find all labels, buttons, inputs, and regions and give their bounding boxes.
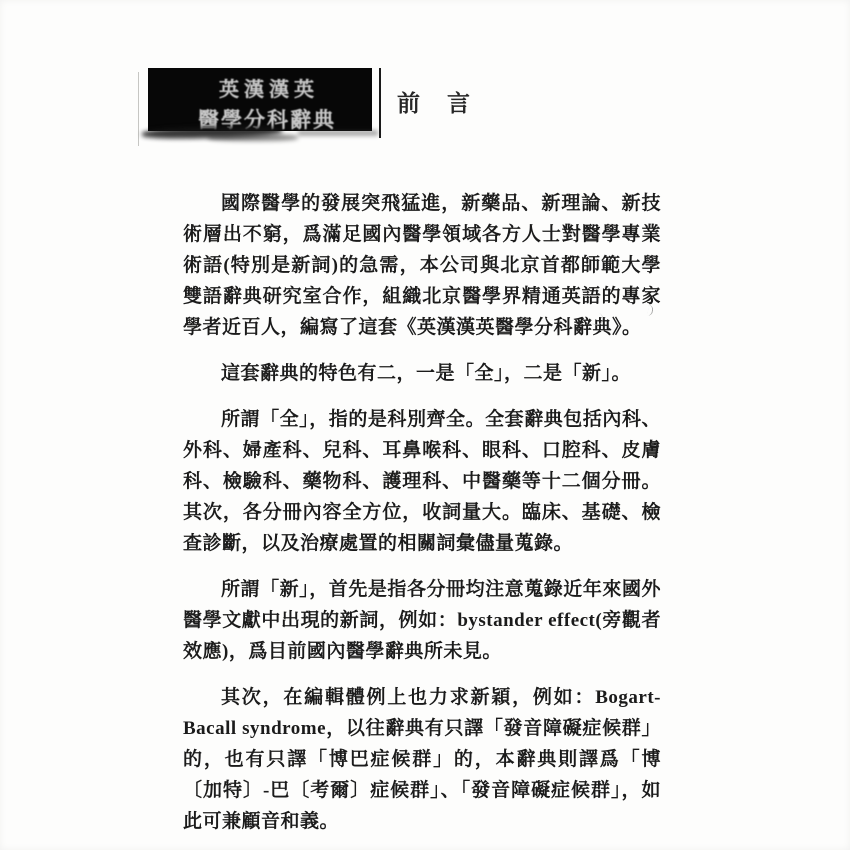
banner-title-line1: 英漢漢英 bbox=[148, 73, 372, 102]
preface-paragraph-1: 國際醫學的發展突飛猛進，新藥品、新理論、新技術層出不窮，爲滿足國內醫學領域各方人… bbox=[183, 188, 661, 343]
preface-paragraph-5: 其次，在編輯體例上也力求新穎，例如：Bogart-Bacall syndrome… bbox=[183, 682, 661, 837]
ink-smudge bbox=[298, 130, 378, 136]
preface-paragraph-4: 所謂「新」，首先是指各分冊均注意蒐錄近年來國外醫學文獻中出現的新詞，例如：bys… bbox=[183, 574, 661, 667]
preface-body: 國際醫學的發展突飛猛進，新藥品、新理論、新技術層出不窮，爲滿足國內醫學領域各方人… bbox=[183, 188, 661, 850]
page-fold-line bbox=[138, 72, 139, 146]
dictionary-title-banner: 英漢漢英 醫學分科辭典 bbox=[148, 68, 372, 131]
header-divider-line bbox=[379, 68, 381, 138]
section-title-preface: 前 言 bbox=[397, 85, 472, 118]
preface-paragraph-2: 這套辭典的特色有二，一是「全」，二是「新」。 bbox=[183, 358, 661, 389]
scanned-book-page: 英漢漢英 醫學分科辭典 前 言 國際醫學的發展突飛猛進，新藥品、新理論、新技術層… bbox=[0, 0, 850, 850]
ink-smudge bbox=[208, 134, 298, 141]
preface-paragraph-3: 所謂「全」，指的是科別齊全。全套辭典包括內科、外科、婦產科、兒科、耳鼻喉科、眼科… bbox=[183, 404, 661, 559]
